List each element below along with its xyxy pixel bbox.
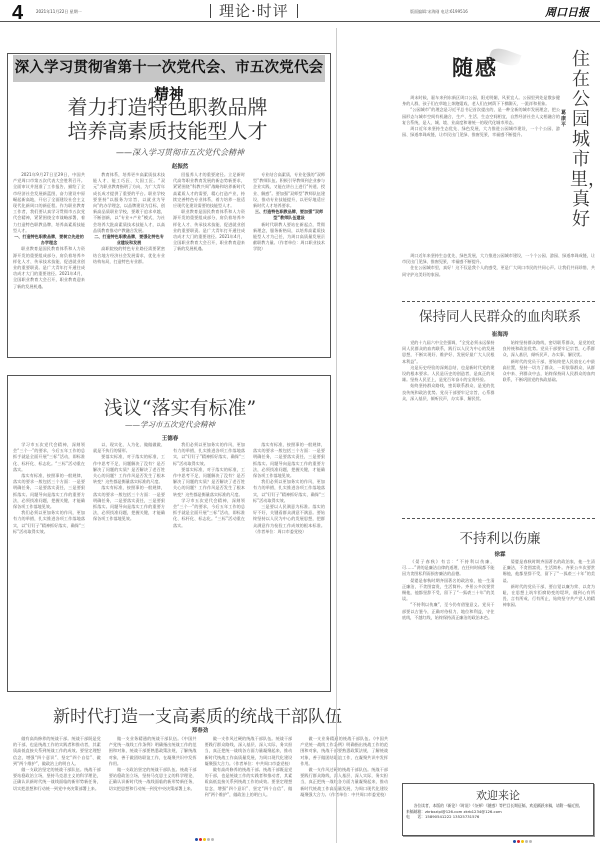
article-3-column: 做一支业务精通的统战干部队伍。《中国共产党统一战线工作条例》明确指出统战工作的范… — [300, 736, 388, 836]
paragraph: 新时代的党员干部，要自觉以廉为荣、以贪为耻，在思想上筑牢拒腐防变的堤坝，做到心有… — [503, 584, 596, 609]
article-2-column: 以、现实化、人为化、做做做做、就是不执行的情形。 要落实标准，对于落实的标准，工… — [93, 442, 165, 687]
column-suigan-text: 周末时候，驱车来到东新区周口公园，阳光明媚，风景宜人。公园里到处是散步健身的人群… — [402, 95, 560, 253]
article-3-author: 郑春劲 — [170, 726, 230, 734]
paragraph: “不持利以伤廉”，至今仍有借鉴意义。党员干部要以古鉴今，正确对待权力、地位和利益… — [402, 602, 495, 621]
paragraph: 做一支政治坚定的统战干部队伍。统战干部要站稳政治立场，坚持马克思主义的科学理论，… — [109, 767, 197, 792]
paragraph: 住在公园城市里，真好！这不仅是我个人的感受，更是广大周口市民的共同心声。让我们共… — [402, 265, 595, 277]
column-suigan-author: 葛康平 — [561, 110, 568, 128]
paragraph: 职业教育是国民教育体系和人力资源开发的重要组成部分，肩负着培养多样化人才、传承技… — [173, 209, 245, 252]
paragraph: 落实有标准，按照事的一般规律，落实的要求一般包括三个方面：一是要明确任务，二是要… — [93, 485, 165, 522]
paragraph: 做一支业务精通的统战干部队伍。《中国共产党统一战线工作条例》明确指出统战工作的范… — [109, 736, 197, 767]
color-dot — [525, 840, 528, 843]
article-1-column: 2021年9月27日至29日，中国共产党周口市第五次代表大会胜利召开。全面审议并… — [13, 172, 85, 352]
article-1-author: 赵振然 — [150, 162, 210, 170]
article-4-author: 崔海涛 — [475, 330, 525, 338]
article-5-column: 晏婴是春秋时期齐国著名的政治家，他一生清正廉洁，不贪图富贵，生活简朴。齐景公多次… — [503, 559, 596, 744]
paragraph: 做有高尚修养的统战干部。统战干部既是党的干部，也是统战工作的实践者和推动者，其素… — [205, 767, 293, 798]
paragraph: 2021年9月27日至29日，中国共产党周口市第五次代表大会胜利召开。全面审议并… — [13, 172, 85, 234]
color-dot — [199, 838, 202, 841]
divider — [402, 301, 595, 302]
article-1-title: 着力打造特色职教品牌 培养高素质技能型人才 — [10, 95, 325, 143]
special-topic-banner: 深入学习贯彻省第十一次党代会、市五次党代会精神 — [13, 55, 325, 82]
article-1-column: 回报养人才的重要途径。立足新时代高等职业教育发展的新态势新要求，紧紧围绕“科教兴… — [173, 172, 245, 352]
editor-info: 版面编辑:宋海刚 电话:6199516 — [410, 9, 468, 15]
paragraph: 高职院校的特色专业路径需要紧密结合地方经济社会发展需求，优化专业结构布局，打造特… — [93, 246, 165, 265]
newspaper-logo: 周口日报 — [545, 4, 589, 20]
article-4-title: 保持同人民群众的血肉联系 — [400, 305, 600, 325]
article-1-subtitle: ——深入学习贯彻市五次党代会精神 — [80, 147, 280, 158]
color-dot — [211, 838, 214, 841]
phone-numbers: 15890541222 13525731576 — [425, 814, 479, 819]
article-2-column: 学习市五次党代会精神，深刻领会“三个一”的要求，今后五年工作的总抓手就是全面开展… — [13, 442, 85, 687]
article-1-body: 2021年9月27日至29日，中国共产党周口市第五次代表大会胜利召开。全面审议并… — [13, 172, 325, 352]
color-dot — [521, 840, 524, 843]
paragraph: 周口近年来坚持生态优先、绿色发展，大力推进公园城市建设，一个个公园、游园、绿道串… — [402, 126, 560, 138]
color-dot — [195, 838, 198, 841]
paragraph: 学习市五次党代会精神，深刻领会“三个一”的要求，今后五年工作的总抓手就是全面开展… — [13, 442, 85, 473]
email-addresses[interactable]: zkrbxzlpl@126.com zkrb1234@126.com — [425, 809, 502, 814]
color-dot — [529, 840, 532, 843]
article-1-title-line-1: 着力打造特色职教品牌 — [10, 95, 325, 119]
paragraph: 始终坚持群众路线，密切联系群众，是党的优良传统和政治优势。党员干部要牢记宗旨，心… — [503, 340, 596, 359]
section-heading: 二、打造特色职教品牌，要强化特色专业建设和发展 — [93, 234, 165, 246]
paragraph: 周末时候，驱车来到东新区周口公园，阳光明媚，风景宜人。公园里到处是散步健身的人群… — [402, 95, 560, 107]
paragraph: 学习市五次党代会精神，深刻领会“三个一”的要求，今后五年工作的总抓手就是全面开展… — [173, 498, 245, 529]
column-logo-suigan: 随感 — [452, 52, 498, 82]
page-masthead: 4 2021年11月22日 星期一 理论·时评 版面编辑:宋海刚 电话:6199… — [0, 0, 600, 22]
article-2-column: 我们必须以更加务实的作风，更加有力的举措，扎实推进各项工作落地落实，以“钉钉子”… — [173, 442, 245, 687]
article-5-body: 《晏子春秋》有言：“不持利以伤廉，可……”讲的是廉洁自律的道理，在任何时候都不能… — [402, 559, 595, 744]
article-3-body: 做有高尚修养的统战干部。统战干部既是党的干部，也是统战工作的实践者和推动者，其素… — [13, 736, 388, 836]
paragraph: 我们必须以更加务实的作风，更加有力的举措，扎实推进各项工作落地落实，以“钉钉子”… — [13, 510, 85, 535]
article-2-author: 王德春 — [140, 434, 200, 442]
paragraph: 做一支作风过硬的统战干部队伍。统战干部要践行群众路线，深入基层、深入实际，务实担… — [300, 767, 388, 798]
paragraph: 做一支业务精通的统战干部队伍。《中国共产党统一战线工作条例》明确指出统战工作的范… — [300, 736, 388, 767]
article-2-subtitle: ——学习市五次党代会精神 — [90, 419, 250, 430]
column-suigan-title: 住在公园城市里，真好 — [570, 50, 592, 230]
paragraph: 落实有标准，按照事的一般规律，落实的要求一般包括三个方面：一是要明确任务，二是要… — [13, 473, 85, 510]
paragraph: 专业结合高素质，专业化强的“双师型”教师队伍。积极引导教师到企业参与企业实践，又… — [253, 172, 325, 209]
paragraph: 始终坚持群众路线，密切联系群众，是党的优良传统和政治优势。党员干部要牢记宗旨，心… — [402, 383, 495, 402]
article-5-column: 《晏子春秋》有言：“不持利以伤廉，可……”讲的是廉洁自律的道理，在任何时候都不能… — [402, 559, 495, 744]
page-number: 4 — [12, 5, 23, 21]
paragraph: 三是要以人民满意为标准。落实的好不好，关键看群众满意不满意。要始终坚持以人民为中… — [253, 504, 325, 535]
paragraph: 要落实标准，对于落实的标准，工作中思考不足，问题解决了没有？是否解决了问题的实质… — [93, 454, 165, 485]
issue-date: 2021年11月22日 星期一 — [36, 9, 82, 15]
column-suigan-text: 周口近年来坚持生态优先、绿色发展，大力推进公园城市建设，一个个公园、游园、绿道串… — [402, 253, 595, 298]
article-5-title: 不持利以伤廉 — [400, 527, 600, 547]
column-suigan-body: 周末时候，驱车来到东新区周口公园，阳光明媚，风景宜人。公园里到处是散步健身的人群… — [402, 95, 560, 253]
paragraph: 落实有标准，按照事的一般规律，落实的要求一般包括三个方面：一是要明确任务，二是要… — [253, 442, 325, 479]
color-dot — [207, 838, 210, 841]
phone-label: 电 话： — [406, 814, 425, 819]
color-dot — [513, 840, 516, 843]
article-3-column: 做一支作风过硬的统战干部队伍。统战干部要践行群众路线，深入基层、深入实际，务实担… — [205, 736, 293, 836]
paragraph: “公园城市”的理念是习近平总书记首次提出的，是一种全新的城市发展理念，把公园形态… — [402, 107, 560, 126]
paragraph: 做一支政治坚定的统战干部队伍。统战干部要站稳政治立场，坚持马克思主义的科学理论，… — [13, 767, 101, 792]
paragraph: 我们必须以更加务实的作风，更加有力的举措，扎实推进各项工作落地落实，以“钉钉子”… — [253, 479, 325, 504]
paragraph: 做有高尚修养的统战干部。统战干部既是党的干部，也是统战工作的实践者和推动者，其素… — [13, 736, 101, 767]
divider — [402, 518, 595, 519]
submissions-text: 各位读者，本版的《新论》《时说》《杂弹》《随感》等栏目长期征稿，欢迎踊跃来稿，请… — [406, 803, 591, 820]
color-dot — [203, 838, 206, 841]
article-1-column: 教育体系，培养更多高素质技术技能人才、能工巧匠、大国工匠。“双元”为职业教育指明… — [93, 172, 165, 352]
article-4-column: 党的十九届六中全会强调，“全党必须永远保持同人民群众的血肉联系，践行以人民为中心… — [402, 340, 495, 510]
paragraph: 党的十九届六中全会强调，“全党必须永远保持同人民群众的血肉联系，践行以人民为中心… — [402, 340, 495, 365]
article-3-column: 做有高尚修养的统战干部。统战干部既是党的干部，也是统战工作的实践者和推动者，其素… — [13, 736, 101, 836]
section-title: 理论·时评 — [210, 4, 298, 18]
paragraph: 新时代的党员干部，要始终把人民放在心中最高位置，坚持一切为了群众、一切依靠群众，… — [503, 359, 596, 384]
article-3-title: 新时代打造一支高素质的统战干部队伍 — [20, 702, 375, 727]
column-suigan-body-continued: 周口近年来坚持生态优先、绿色发展，大力推进公园城市建设，一个个公园、游园、绿道串… — [402, 253, 595, 298]
article-1-title-line-2: 培养高素质技能型人才 — [10, 119, 325, 143]
paragraph: 新时代职教人要站在新起点，贯彻新理念，服务新格局，以培养高素质技能型人才为己任，… — [253, 222, 325, 253]
paragraph: 回报养人才的重要途径。立足新时代高等职业教育发展的新态势新要求，紧紧围绕“科教兴… — [173, 172, 245, 209]
article-4-body: 党的十九届六中全会强调，“全党必须永远保持同人民群众的血肉联系，践行以人民为中心… — [402, 340, 595, 510]
paragraph: 我们必须以更加务实的作风，更加有力的举措，扎实推进各项工作落地落实，以“钉钉子”… — [173, 442, 245, 467]
paragraph: 职业教育是国民教育体系和人力资源开发的重要组成部分，肩负着培养多样化人才、传承技… — [13, 246, 85, 289]
submissions-title: 欢迎来论 — [402, 787, 594, 803]
article-2-body: 学习市五次党代会精神，深刻领会“三个一”的要求，今后五年工作的总抓手就是全面开展… — [13, 442, 325, 687]
paragraph: 以、现实化、人为化、做做做做、就是不执行的情形。 — [93, 442, 165, 454]
article-3-column: 做一支业务精通的统战干部队伍。《中国共产党统一战线工作条例》明确指出统战工作的范… — [109, 736, 197, 836]
article-1-column: 专业结合高素质，专业化强的“双师型”教师队伍。积极引导教师到企业参与企业实践，又… — [253, 172, 325, 352]
article-5-author: 徐霖 — [480, 550, 520, 558]
section-heading: 三、打造特色职教品牌，要加强“双师型”教师队伍建设 — [253, 209, 325, 221]
submissions-phone-line: 电 话：15890541222 13525731576 — [406, 814, 591, 820]
paragraph: 这是历史经验的深刻总结，也是新时代党的建设的根本要求。人民是历史的创造者，是真正… — [402, 365, 495, 384]
registration-marks — [195, 838, 214, 841]
paragraph: 教育体系，培养更多高素质技术技能人才、能工巧匠、大国工匠。“双元”为职业教育指明… — [93, 172, 165, 234]
article-2-column: 落实有标准，按照事的一般规律，落实的要求一般包括三个方面：一是要明确任务，二是要… — [253, 442, 325, 687]
paragraph: 做一支作风过硬的统战干部队伍。统战干部要践行群众路线，深入基层、深入实际，务实担… — [205, 736, 293, 767]
color-dot — [517, 840, 520, 843]
paragraph: 要落实标准，对于落实的标准，工作中思考不足，问题解决了没有？是否解决了问题的实质… — [173, 467, 245, 498]
article-4-column: 始终坚持群众路线，密切联系群众，是党的优良传统和政治优势。党员干部要牢记宗旨，心… — [503, 340, 596, 510]
article-2-title: 浅议“落实有标准” — [20, 393, 340, 420]
paragraph: 晏婴是春秋时期齐国著名的政治家，他一生清正廉洁，不贪图富贵，生活简朴。齐景公多次… — [402, 578, 495, 603]
section-heading: 一、打造特色职教品牌，要树立先进的办学理念 — [13, 234, 85, 246]
paragraph: 晏婴是春秋时期齐国著名的政治家，他一生清正廉洁，不贪图富贵，生活简朴。齐景公多次… — [503, 559, 596, 584]
column-rule — [336, 28, 337, 843]
email-label: 来稿邮箱： — [406, 809, 425, 814]
registration-marks — [513, 840, 532, 843]
paragraph: 周口近年来坚持生态优先、绿色发展，大力推进公园城市建设，一个个公园、游园、绿道串… — [402, 253, 595, 265]
paragraph: 《晏子春秋》有言：“不持利以伤廉，可……”讲的是廉洁自律的道理，在任何时候都不能… — [402, 559, 495, 578]
